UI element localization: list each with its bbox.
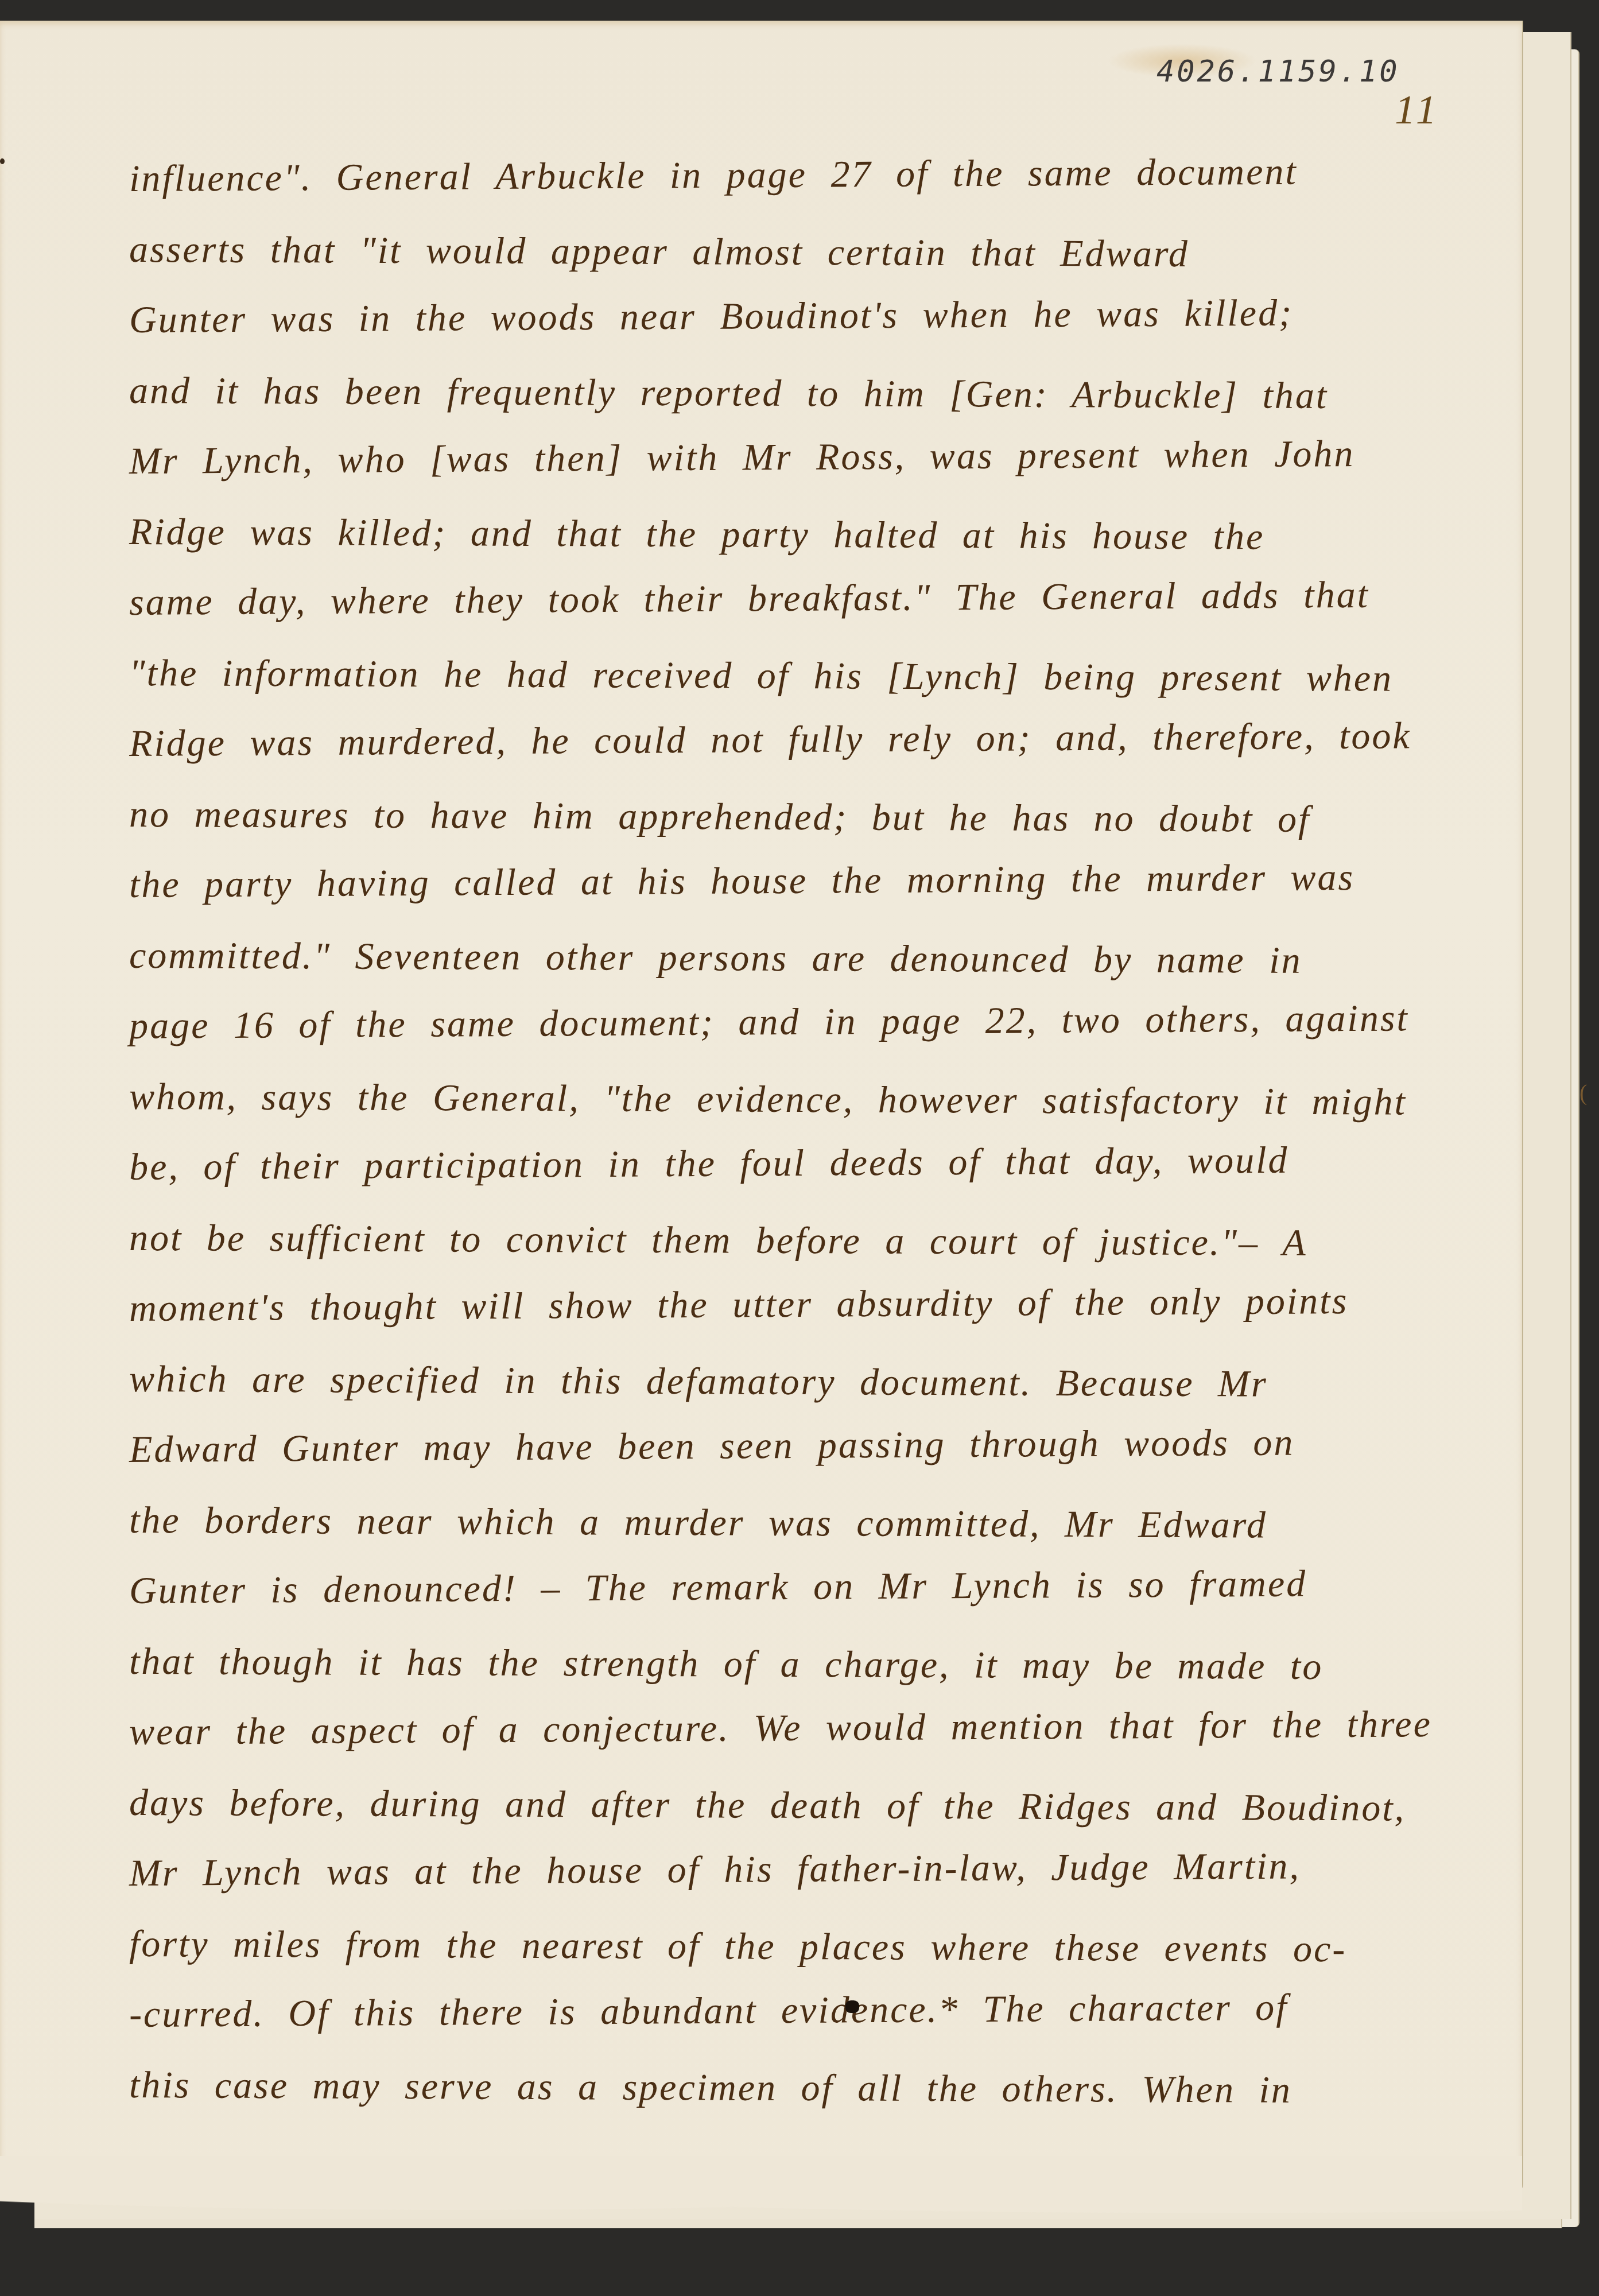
text-line: Mr Lynch was at the house of his father-… (129, 1829, 1507, 1909)
ink-blot (845, 2000, 859, 2013)
handwritten-text-body: influence". General Arbuckle in page 27 … (129, 143, 1507, 2120)
text-line: influence". General Arbuckle in page 27 … (129, 135, 1507, 214)
margin-paren-mark: ( (1579, 1079, 1587, 1106)
text-line: wear the aspect of a conjecture. We woul… (129, 1688, 1507, 1767)
text-line: Gunter was in the woods near Boudinot's … (129, 276, 1507, 355)
margin-ink-dot (0, 158, 5, 164)
text-line: the party having called at his house the… (129, 841, 1507, 920)
text-line: same day, where they took their breakfas… (129, 559, 1507, 638)
text-line: Edward Gunter may have been seen passing… (129, 1406, 1507, 1485)
text-line: this case may serve as a specimen of all… (129, 2050, 1507, 2126)
text-line: Ridge was murdered, he could not fully r… (129, 700, 1507, 779)
text-line: -curred. Of this there is abundant evide… (129, 1971, 1507, 2050)
archive-reference-number: 4026.1159.10 (1156, 55, 1400, 89)
text-line: page 16 of the same document; and in pag… (129, 982, 1507, 1061)
text-line: be, of their participation in the foul d… (129, 1123, 1507, 1203)
text-line: Gunter is denounced! – The remark on Mr … (129, 1547, 1507, 1626)
text-line: moment's thought will show the utter abs… (129, 1265, 1507, 1344)
text-line: Mr Lynch, who [was then] with Mr Ross, w… (129, 417, 1507, 497)
folio-number: 11 (1395, 86, 1440, 134)
